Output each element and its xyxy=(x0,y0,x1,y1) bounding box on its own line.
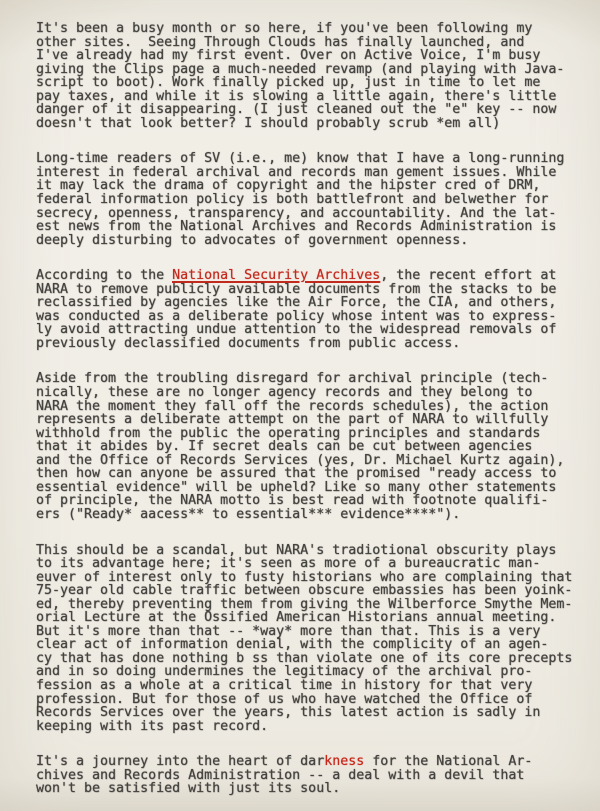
paragraph: According to the National Security Archi… xyxy=(36,269,580,350)
text-run: Long-time readers of SV (i.e., me) know … xyxy=(36,151,564,247)
typewritten-letter-paper: It's been a busy month or so here, if yo… xyxy=(0,0,600,811)
paragraph: Aside from the troubling disregard for a… xyxy=(36,372,580,521)
scanned-page-background: { "page": { "paper_color": "#f0ede5", "i… xyxy=(0,0,600,811)
letter-body: It's been a busy month or so here, if yo… xyxy=(36,22,580,796)
paragraph: This should be a scandal, but NARA's tra… xyxy=(36,544,580,734)
text-run: It's been a busy month or so here, if yo… xyxy=(36,21,564,131)
paragraph: Long-time readers of SV (i.e., me) know … xyxy=(36,152,580,247)
text-run: This should be a scandal, but NARA's tra… xyxy=(36,543,572,734)
text-run: Aside from the troubling disregard for a… xyxy=(36,371,564,521)
paragraph: It's been a busy month or so here, if yo… xyxy=(36,22,580,130)
paragraph: It's a journey into the heart of darknes… xyxy=(36,755,580,796)
